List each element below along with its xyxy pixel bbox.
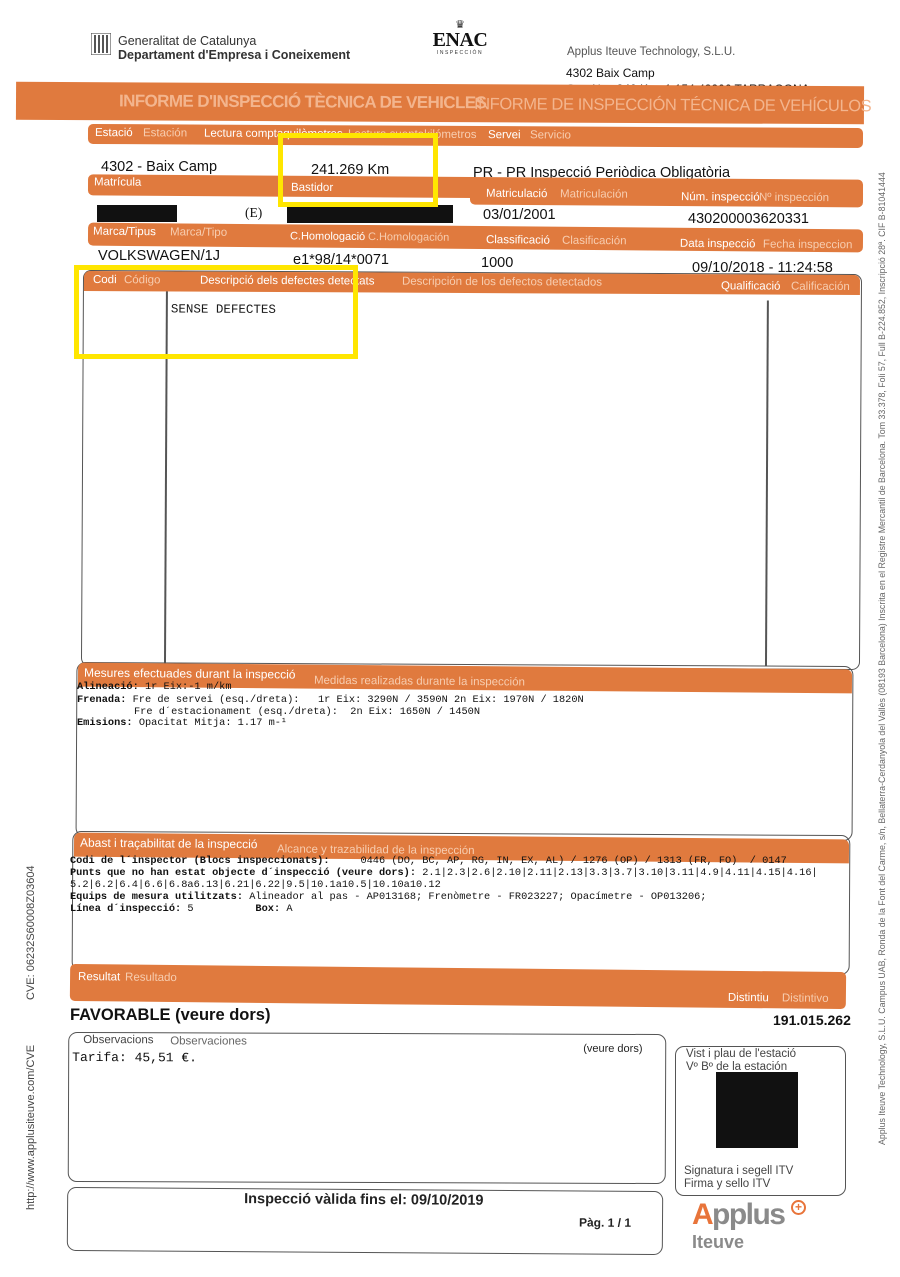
stamp-box: Vist i plau de l'estació Vº Bº de la est… (675, 1046, 846, 1196)
make-value: VOLKSWAGEN/1J (98, 248, 220, 264)
see-back-note: (veure dors) (583, 1043, 642, 1055)
alignment-line: Alineació: 1r Eix:-1 m/km (77, 682, 232, 694)
plus-circle-icon: + (791, 1200, 806, 1215)
cve-url: http://www.applusiteuve.com/CVE (25, 1045, 37, 1210)
validity-text: Inspecció vàlida fins el: 09/10/2019 (244, 1191, 483, 1209)
plate-suffix: (E) (245, 205, 262, 221)
page-number: Pàg. 1 / 1 (579, 1215, 631, 1229)
applus-logo: A pplus + Iteuve (692, 1198, 822, 1258)
observations-label-es: Observaciones (170, 1035, 247, 1047)
classification-value: 1000 (481, 255, 513, 271)
enac-wordmark: ENAC (430, 31, 490, 50)
inspection-line: Línea d´inspecció: 5 Box: A (70, 904, 293, 916)
defects-highlight (74, 265, 358, 359)
inspector-line: Codi de l´inspector (Blocs inspeccionats… (70, 856, 787, 868)
points-line: Punts que no han estat objecte d´inspecc… (70, 868, 818, 880)
company-name: Applus Iteuve Technology, S.L.U. (567, 46, 735, 58)
station-odometer-service-header: Estació Estación Lectura comptaquilòmetr… (88, 124, 863, 148)
title-bar: INFORME D'INSPECCIÓ TÈCNICA DE VEHICLES … (16, 82, 864, 124)
enac-subtitle: INSPECCIÓN (430, 50, 490, 56)
inspection-number-value: 430200003620331 (688, 211, 809, 227)
result-header: Resultat Resultado Distintiu Distintivo (70, 964, 846, 1009)
result-value: FAVORABLE (veure dors) (70, 1006, 270, 1025)
stamp-redacted (716, 1072, 798, 1148)
gov-line-1: Generalitat de Catalunya (118, 34, 256, 48)
station-name: 4302 Baix Camp (566, 66, 655, 80)
stamp-title-ca: Vist i plau de l'estació (686, 1048, 796, 1060)
badge-value: 191.015.262 (773, 1012, 851, 1028)
emissions-line: Emisions: Opacitat Mitja: 1.17 m-¹ (77, 718, 287, 730)
registration-value: 03/01/2001 (483, 207, 556, 223)
equipment-line: Equips de mesura utilitzats: Alineador a… (70, 892, 706, 904)
odometer-highlight (278, 133, 438, 207)
registration-header: Matriculació Matriculación Núm. inspecci… (470, 186, 863, 208)
applus-a: A (692, 1198, 713, 1232)
observations-text: Tarifa: 45,51 €. (72, 1050, 197, 1065)
observations-box: Observacions Observaciones (veure dors) … (68, 1032, 667, 1184)
applus-wordmark: pplus (712, 1198, 785, 1232)
validity-box: Inspecció vàlida fins el: 09/10/2019 Pàg… (67, 1187, 663, 1255)
vin-redacted (287, 205, 453, 223)
legal-notice: Applus Iteuve Technology, S.L.U. Campus … (877, 172, 887, 1145)
braking-line: Frenada: Fre de servei (esq./dreta): 1r … (77, 695, 584, 707)
cve-code: CVE: 06232S60008Z03604 (25, 865, 37, 1000)
points-line-2: 5.2|6.2|6.4|6.6|6.8a6.13|6.21|6.22|9.5|1… (70, 880, 441, 892)
station-value: 4302 - Baix Camp (101, 159, 217, 175)
observations-label-ca: Observacions (83, 1034, 153, 1046)
title-es: INFORME DE INSPECCIÓN TÉCNICA DE VEHÍCUL… (474, 95, 871, 116)
plate-redacted (97, 205, 177, 222)
gov-line-2: Departament d'Empresa i Coneixement (118, 48, 350, 62)
generalitat-logo-icon (91, 33, 111, 55)
stamp-sign-ca: Signatura i segell ITV (684, 1165, 793, 1177)
stamp-sign-es: Firma y sello ITV (684, 1178, 770, 1190)
enac-logo: ♛ ENAC INSPECCIÓN (430, 20, 490, 56)
defects-col-divider-2 (765, 301, 768, 667)
title-ca: INFORME D'INSPECCIÓ TÈCNICA DE VEHICLES (119, 91, 486, 113)
iteuve-wordmark: Iteuve (692, 1232, 744, 1253)
